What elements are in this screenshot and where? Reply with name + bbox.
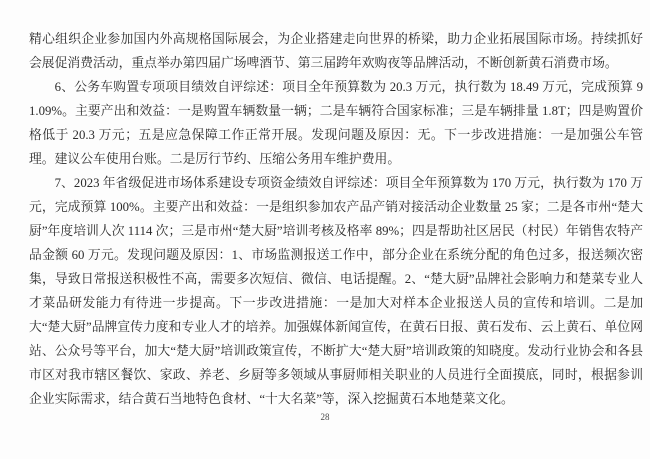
paragraph-item7-market-system-fund: 7、2023 年省级促进市场体系建设专项资金绩效自评综述：项目全年预算数为 17… — [29, 171, 643, 411]
paragraph-consumption-promotion: 精心组织企业参加国内外高规格国际展会，为企业搭建走向世界的桥梁，助力企业拓展国际… — [29, 27, 643, 75]
document-text-block: 精心组织企业参加国内外高规格国际展会，为企业搭建走向世界的桥梁，助力企业拓展国际… — [29, 27, 643, 411]
document-page: 精心组织企业参加国内外高规格国际展会，为企业搭建走向世界的桥梁，助力企业拓展国际… — [0, 0, 650, 459]
paragraph-item6-vehicle-purchase: 6、公务车购置专项项目绩效自评综述：项目全年预算数为 20.3 万元，执行数为 … — [29, 75, 643, 171]
page-number: 28 — [0, 411, 650, 423]
